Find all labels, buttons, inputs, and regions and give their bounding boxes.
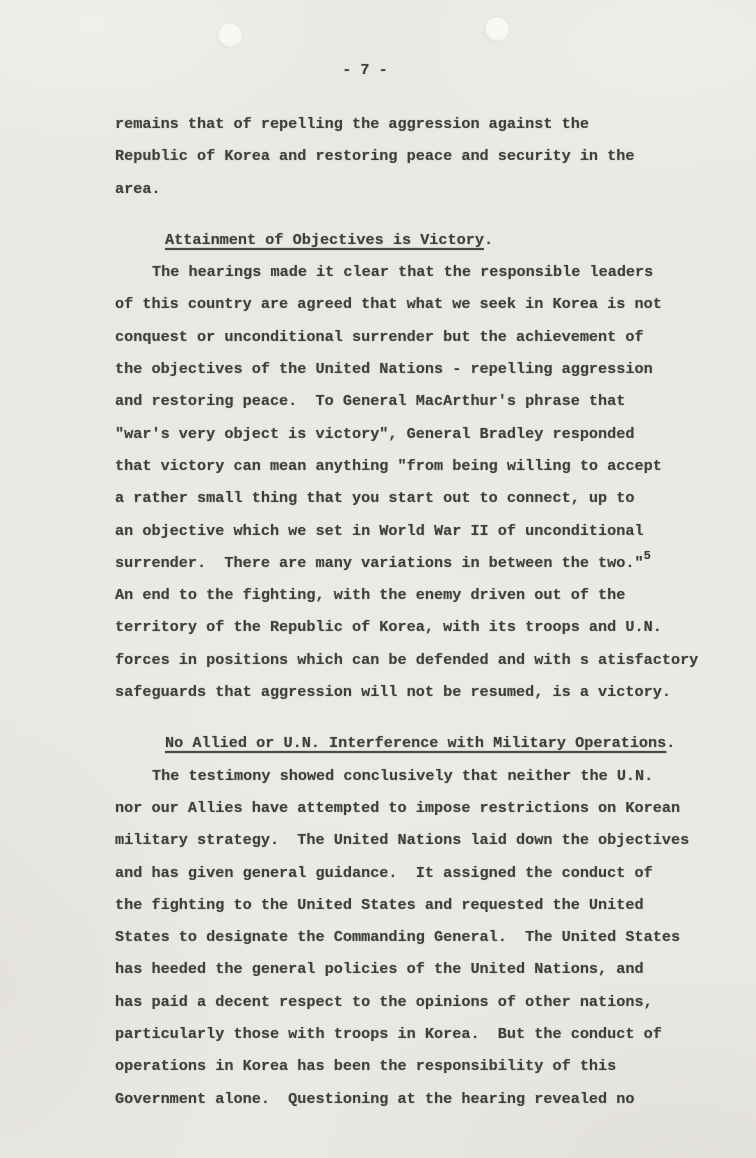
text-line: area.: [115, 173, 696, 205]
text-line: safeguards that aggression will not be r…: [115, 676, 696, 708]
text-line: Republic of Korea and restoring peace an…: [115, 140, 696, 172]
text-line: surrender. There are many variations in …: [115, 547, 696, 579]
section-heading: Attainment of Objectives is Victory.: [165, 224, 696, 256]
text-line: military strategy. The United Nations la…: [115, 824, 696, 856]
text-line: particularly those with troops in Korea.…: [115, 1018, 696, 1050]
text-line: an objective which we set in World War I…: [115, 515, 696, 547]
text-line: Government alone. Questioning at the hea…: [115, 1083, 696, 1115]
text-line: The hearings made it clear that the resp…: [115, 256, 696, 288]
text-line: remains that of repelling the aggression…: [115, 108, 696, 140]
text-line: nor our Allies have attempted to impose …: [115, 792, 696, 824]
document-body: remains that of repelling the aggression…: [115, 108, 696, 1115]
section-heading: No Allied or U.N. Interference with Mili…: [165, 727, 696, 759]
section-heading-text: No Allied or U.N. Interference with Mili…: [165, 734, 666, 752]
punch-hole-icon: [217, 23, 242, 48]
text-line: "war's very object is victory", General …: [115, 418, 696, 450]
section-heading-text: Attainment of Objectives is Victory: [165, 231, 484, 249]
text-line: has heeded the general policies of the U…: [115, 953, 696, 985]
text-line: The testimony showed conclusively that n…: [115, 760, 696, 792]
text-line: that victory can mean anything "from bei…: [115, 450, 696, 482]
text-line: An end to the fighting, with the enemy d…: [115, 579, 696, 611]
text-line: the objectives of the United Nations - r…: [115, 353, 696, 385]
text-line: and restoring peace. To General MacArthu…: [115, 385, 696, 417]
punch-hole-icon: [484, 17, 509, 42]
text-line: territory of the Republic of Korea, with…: [115, 611, 696, 643]
footnote-reference: 5: [644, 549, 651, 563]
text-line: operations in Korea has been the respons…: [115, 1050, 696, 1082]
text-line: forces in positions which can be defende…: [115, 644, 696, 676]
text-line: conquest or unconditional surrender but …: [115, 321, 696, 353]
text-line: the fighting to the United States and re…: [115, 889, 696, 921]
text-line: and has given general guidance. It assig…: [115, 857, 696, 889]
text-line: a rather small thing that you start out …: [115, 482, 696, 514]
text-line: has paid a decent respect to the opinion…: [115, 986, 696, 1018]
document-page: - 7 - remains that of repelling the aggr…: [0, 0, 756, 1158]
text-line: of this country are agreed that what we …: [115, 288, 696, 320]
text-line: States to designate the Commanding Gener…: [115, 921, 696, 953]
page-number: - 7 -: [115, 60, 615, 80]
